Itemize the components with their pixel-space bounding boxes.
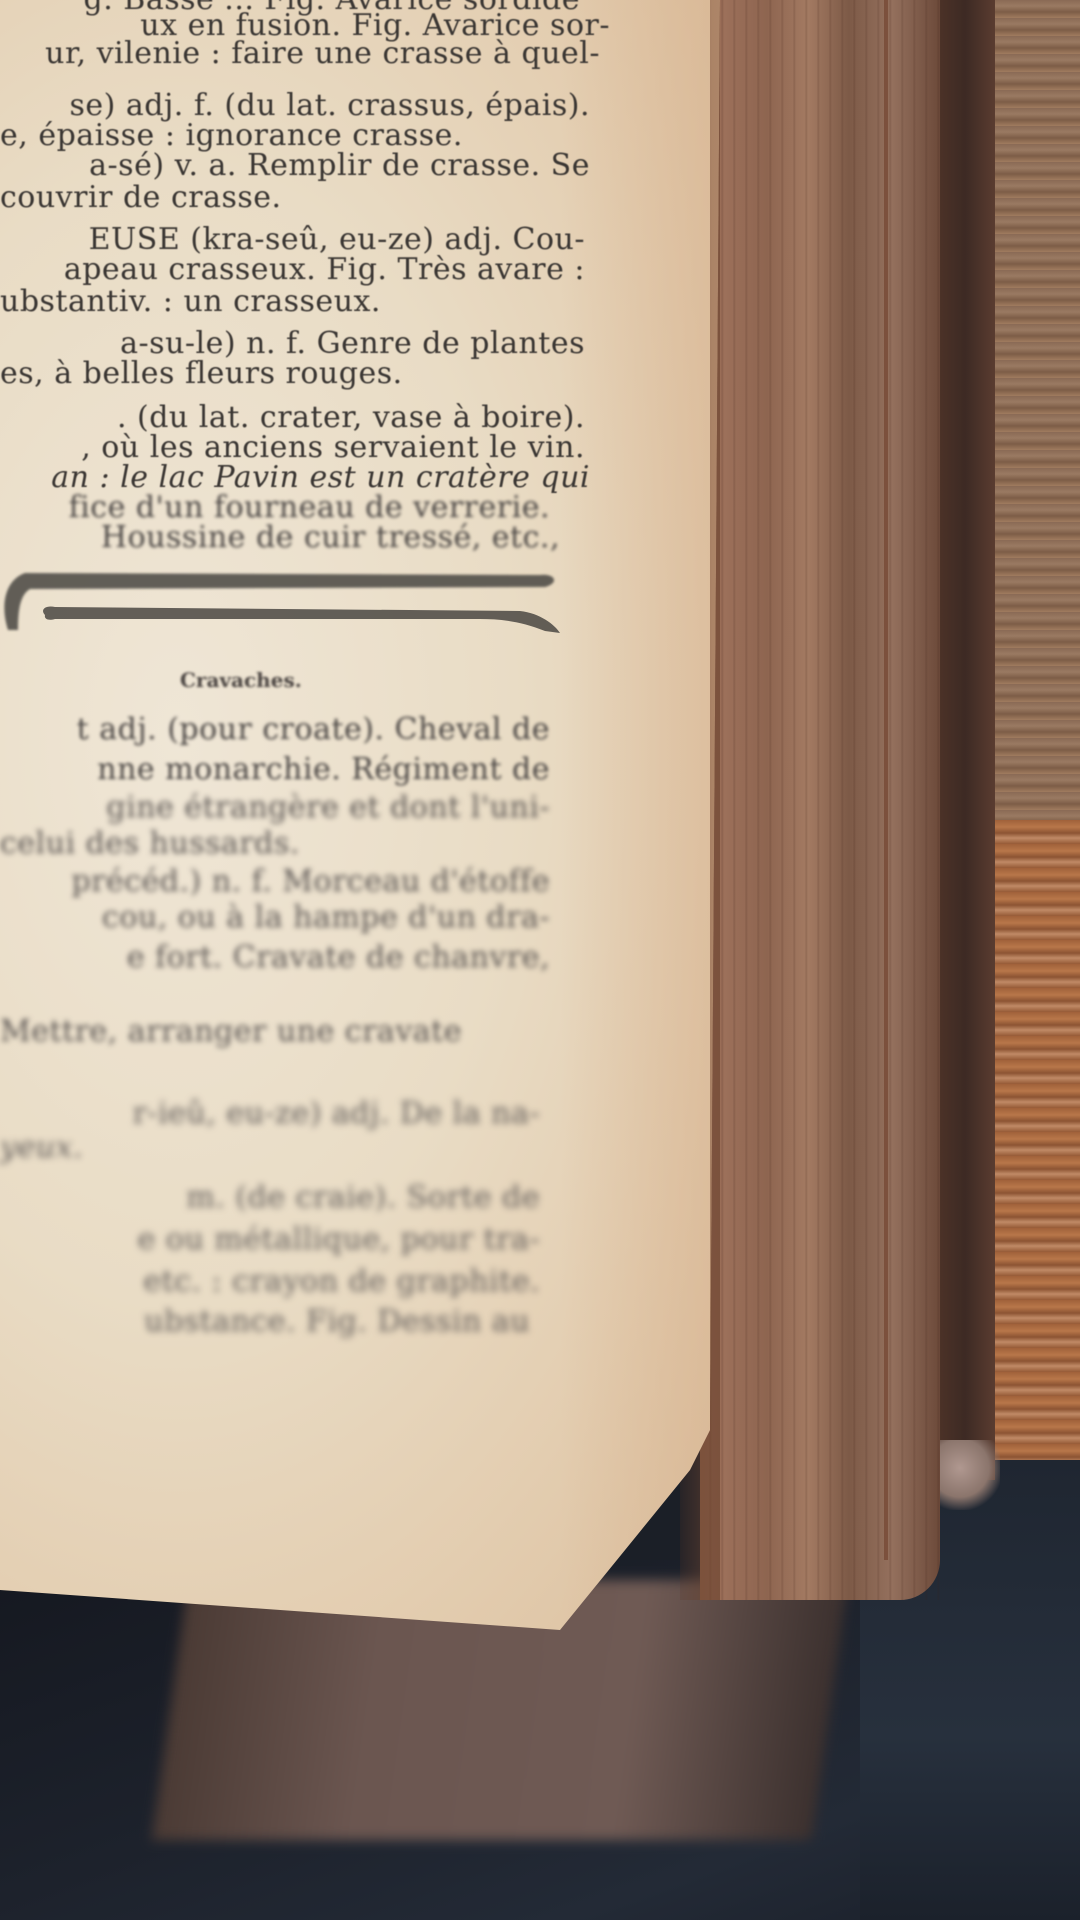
wooden-table-lower <box>990 820 1080 1460</box>
riding-crops-illustration <box>0 555 570 645</box>
text-line: m. (de craie). Sorte de <box>0 1180 540 1215</box>
text-line: t adj. (pour croate). Cheval de <box>0 712 550 747</box>
illustration-caption: Cravaches. <box>180 668 302 692</box>
book-cover-edge <box>935 0 995 1480</box>
text-line: cou, ou à la hampe d'un dra- <box>0 900 550 935</box>
text-line: apeau crasseux. Fig. Très avare : <box>0 252 585 287</box>
text-line: r-ieû, eu-ze) adj. De la na- <box>0 1096 540 1131</box>
text-line: gine étrangère et dont l'uni- <box>0 790 550 825</box>
text-line: ubstantiv. : un crasseux. <box>0 284 580 319</box>
text-line: précéd.) n. f. Morceau d'étoffe <box>0 864 550 899</box>
text-line: celui des hussards. <box>0 826 580 861</box>
text-line: etc. : crayon de graphite. <box>0 1264 540 1299</box>
photo-scene: g. Basse ... Fig. Avarice sordide ux en … <box>0 0 1080 1920</box>
text-line: Mettre, arranger une cravate <box>0 1014 580 1049</box>
text-line: nne monarchie. Régiment de <box>0 752 550 787</box>
text-line: Houssine de cuir tressé, etc., <box>0 520 560 555</box>
text-line: e fort. Cravate de chanvre, <box>0 940 550 975</box>
text-line: ur, vilenie : faire une crasse à quel- <box>0 36 600 71</box>
text-line: es, à belles fleurs rouges. <box>0 356 580 391</box>
text-line: ubstance. Fig. Dessin au <box>0 1304 530 1339</box>
page-stack-crease <box>884 0 888 1560</box>
page-stack-lines <box>700 0 940 1600</box>
text-line: a-sé) v. a. Remplir de crasse. Se <box>0 148 590 183</box>
text-line: couvrir de crasse. <box>0 180 580 215</box>
text-line: e ou métallique, pour tra- <box>0 1222 540 1257</box>
dictionary-page: g. Basse ... Fig. Avarice sordide ux en … <box>0 0 710 1630</box>
text-line: yeux. <box>0 1130 580 1165</box>
